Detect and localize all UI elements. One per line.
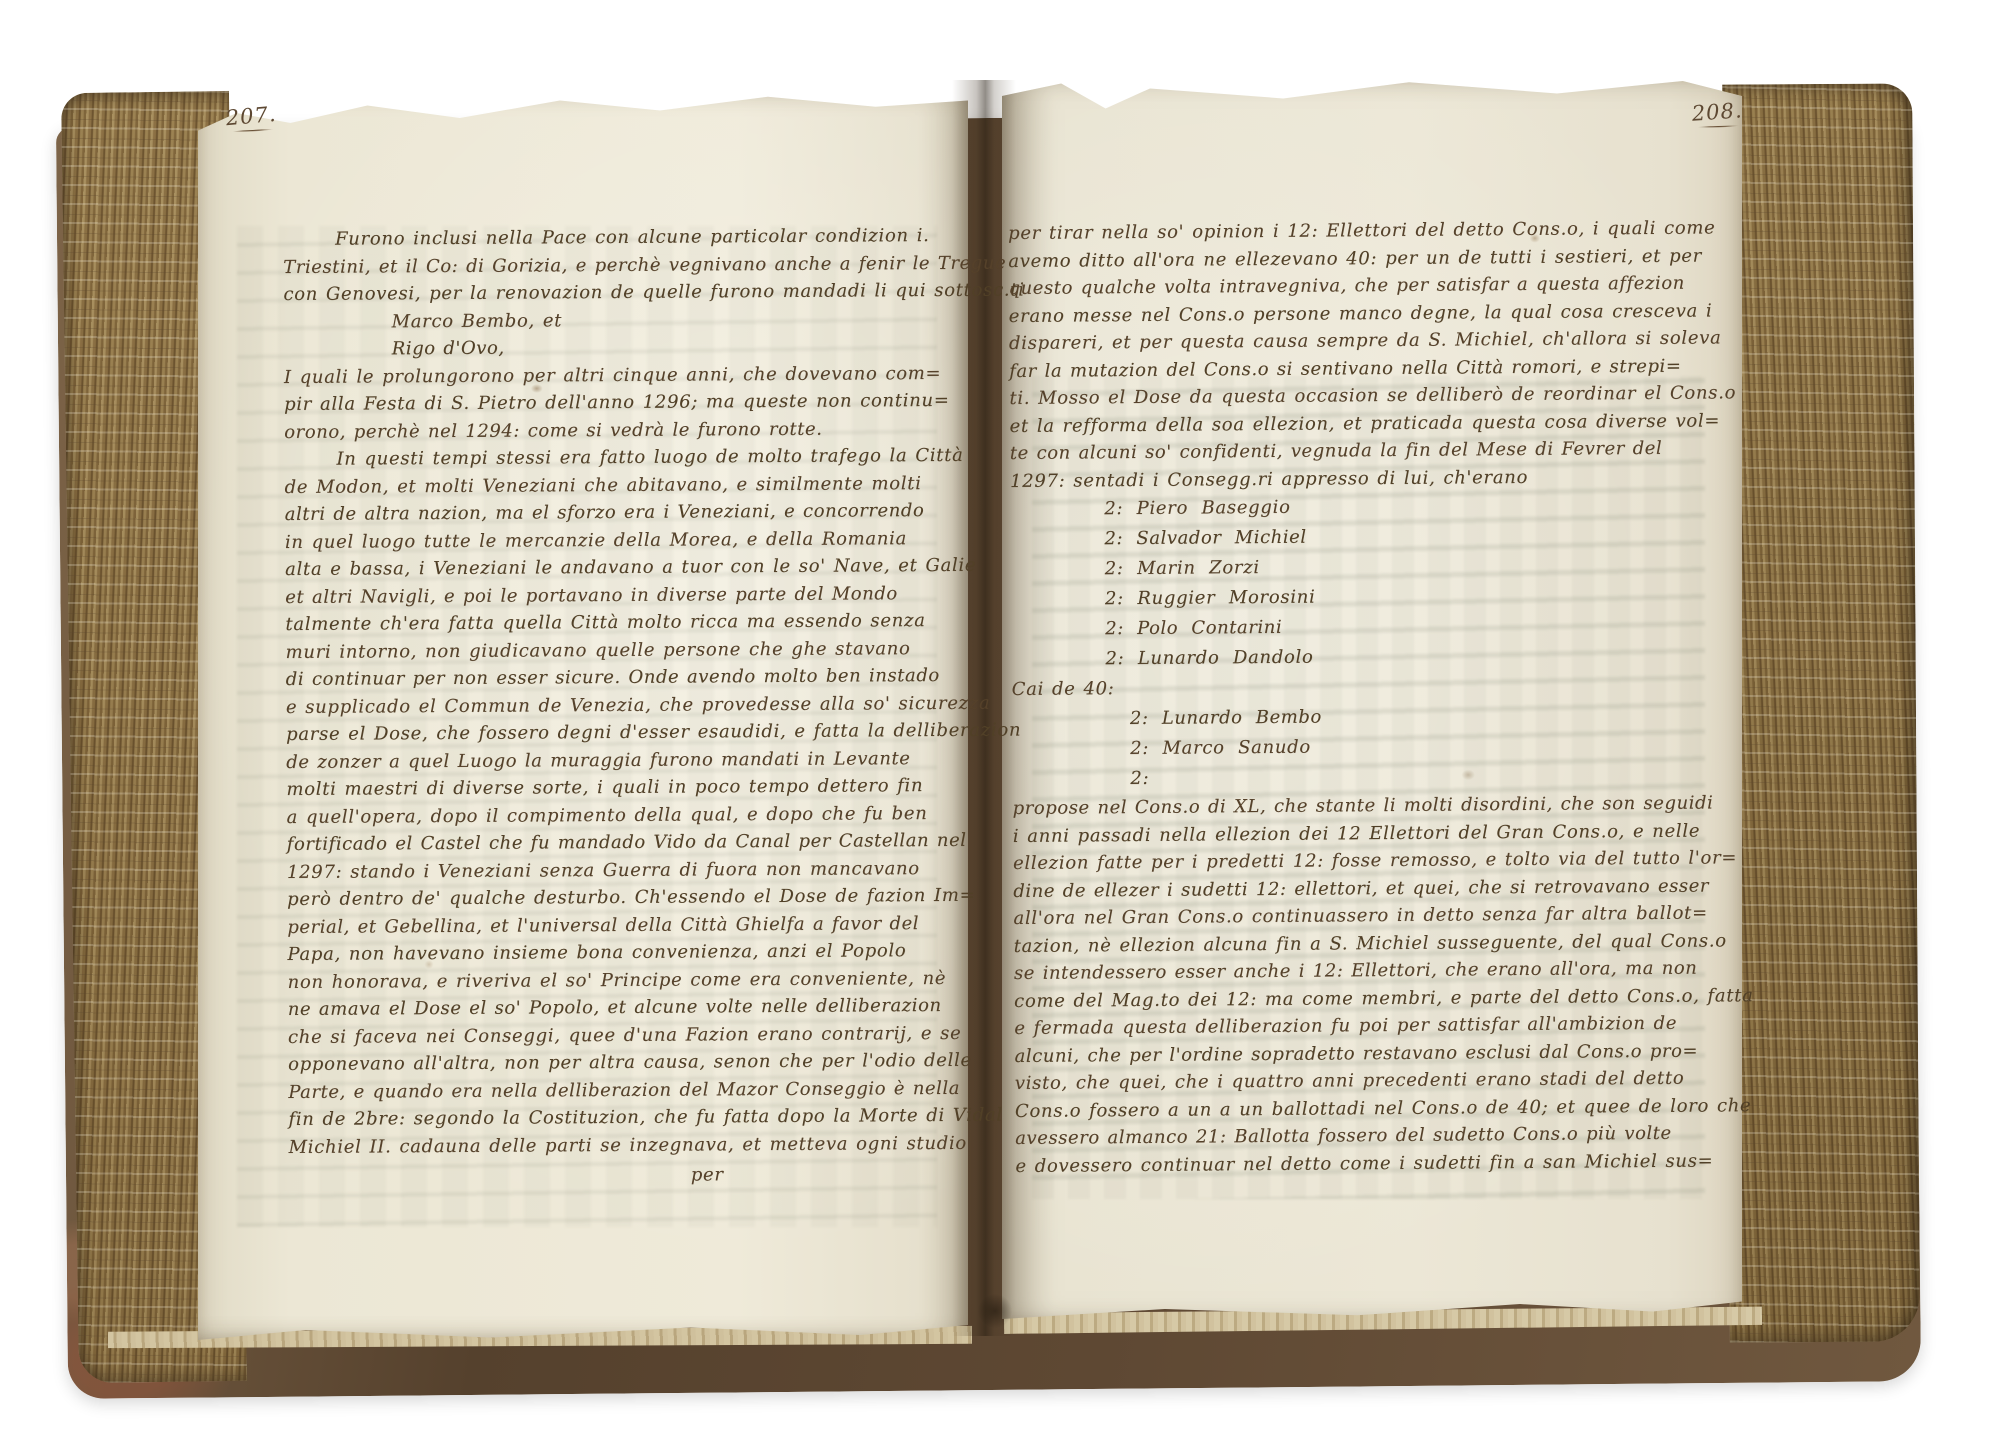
manuscript-line: ne amava el Dose el so' Popolo, et alcun…: [288, 992, 978, 1024]
manuscript-line: non honorava, e riveriva el so' Principe…: [288, 964, 978, 996]
manuscript-line: Parte, e quando era nella delliberazion …: [288, 1074, 978, 1106]
right-page-text: per tirar nella so' opinion i 12: Ellett…: [1008, 214, 1740, 1190]
manuscript-line: 2: Polo Contarini: [1105, 609, 1735, 644]
manuscript-line: in quel luogo tutte le mercanzie della M…: [285, 524, 975, 556]
manuscript-line: opponevano all'altra, non per altra caus…: [288, 1047, 978, 1079]
manuscript-line: Triestini, et il Co: di Gorizia, e perch…: [283, 249, 973, 281]
manuscript-line: che si faceva nei Conseggi, quee d'una F…: [288, 1019, 978, 1051]
left-page-text: per Furono inclusi nella Pace con alcune…: [283, 222, 978, 971]
right-page-edges: [1722, 83, 1920, 1342]
manuscript-line: de zonzer a quel Luogo la muraggia furon…: [286, 744, 976, 776]
manuscript-line: a quell'opera, dopo il compimento della …: [287, 799, 977, 831]
manuscript-line: fortificado el Castel che fu mandado Vid…: [287, 827, 977, 859]
manuscript-line: Papa, non havevano insieme bona convenie…: [287, 937, 977, 969]
manuscript-line: Marco Bembo, et: [392, 304, 974, 335]
manuscript-line: 2: Salvador Michiel: [1104, 519, 1734, 554]
book-gutter-bottom-shadow: [972, 1288, 1018, 1334]
manuscript-line: 2: Marin Zorzi: [1105, 549, 1735, 584]
manuscript-line: 2: Piero Baseggio: [1104, 489, 1734, 524]
manuscript-line: In questi tempi stessi era fatto luogo d…: [284, 442, 974, 474]
manuscript-line: fin de 2bre: segondo la Costituzion, che…: [288, 1102, 978, 1134]
folio-number-left: 207.: [225, 104, 278, 134]
manuscript-line: orono, perchè nel 1294: come si vedrà le…: [284, 414, 974, 446]
manuscript-line: perial, et Gebellina, et l'universal del…: [287, 909, 977, 941]
manuscript-line: Rigo d'Ovo,: [392, 332, 974, 363]
manuscript-line: e supplicado el Commun de Venezia, che p…: [286, 689, 976, 721]
manuscript-line: 2: Lunardo Bembo: [1130, 699, 1736, 734]
manuscript-line: Michiel II. cadauna delle parti se inzeg…: [289, 1129, 979, 1161]
manuscript-line: 1297: stando i Veneziani senza Guerra di…: [287, 854, 977, 886]
manuscript-line: 2: Ruggier Morosini: [1105, 579, 1735, 614]
manuscript-line: di continuar per non esser sicure. Onde …: [286, 662, 976, 694]
manuscript-line: parse el Dose, che fossero degni d'esser…: [286, 717, 976, 749]
manuscript-line: alta e bassa, i Veneziani le andavano a …: [285, 552, 975, 584]
manuscript-line: però dentro de' qualche desturbo. Ch'ess…: [287, 882, 977, 914]
manuscript-line: molti maestri di diverse sorte, i quali …: [286, 772, 976, 804]
manuscript-line: et altri Navigli, e poi le portavano in …: [285, 579, 975, 611]
manuscript-line: e dovessero continuar nel detto come i s…: [1015, 1147, 1739, 1180]
manuscript-line: I quali le prolungorono per altri cinque…: [284, 359, 974, 391]
manuscript-line: de Modon, et molti Veneziani che abitava…: [285, 469, 975, 501]
photo-background: 207. 208. per Furono inclusi nella Pace …: [0, 0, 2000, 1442]
manuscript-line: pir alla Festa di S. Pietro dell'anno 12…: [284, 387, 974, 419]
manuscript-line: Furono inclusi nella Pace con alcune par…: [283, 222, 973, 254]
manuscript-line: altri de altra nazion, ma el sforzo era …: [285, 497, 975, 529]
manuscript-line: muri intorno, non giudicavano quelle per…: [286, 634, 976, 666]
manuscript-line: 2:: [1130, 759, 1736, 794]
manuscript-line: 2: Marco Sanudo: [1130, 729, 1736, 764]
manuscript-line: talmente ch'era fatta quella Città molto…: [285, 607, 975, 639]
folio-number-right: 208.: [1691, 100, 1743, 129]
manuscript-line: con Genovesi, per la renovazion de quell…: [283, 277, 973, 309]
catchword: per: [691, 1161, 724, 1189]
manuscript-line: 2: Lunardo Dandolo: [1105, 639, 1735, 674]
